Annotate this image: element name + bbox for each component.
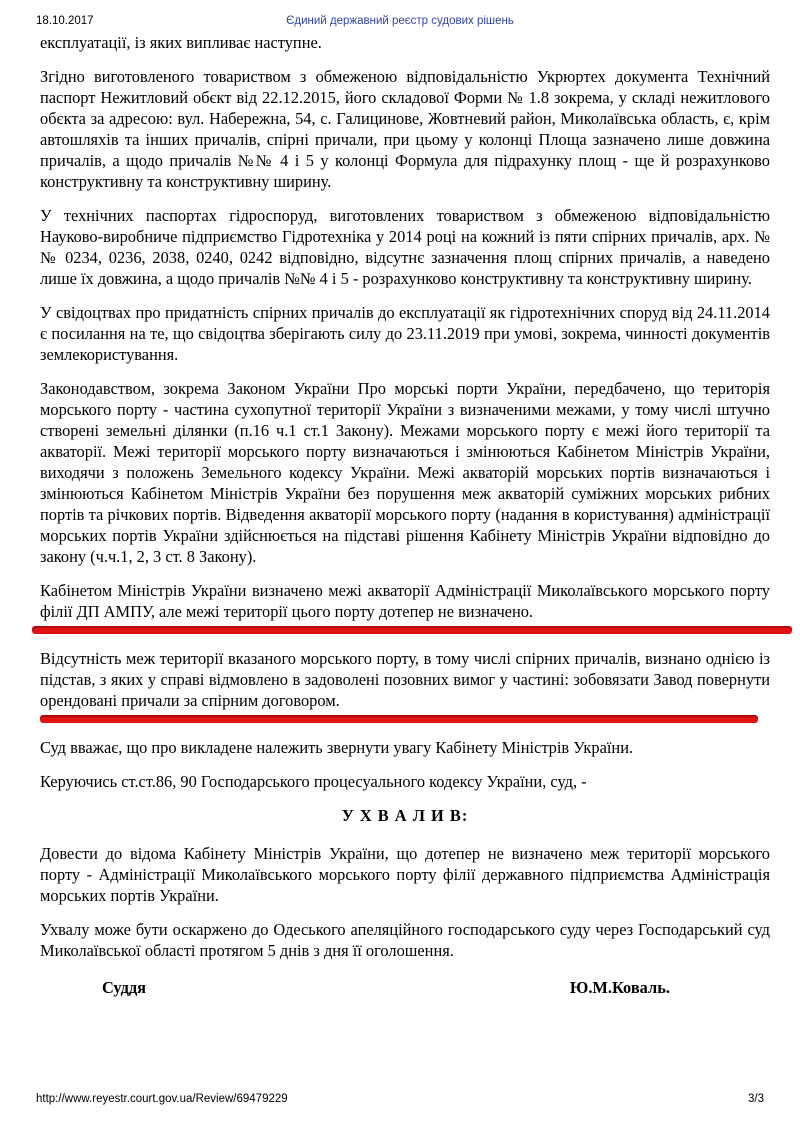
paragraph: Кабінетом Міністрів України визначено ме… (40, 580, 770, 622)
source-url: http://www.reyestr.court.gov.ua/Review/6… (36, 1092, 288, 1106)
paragraph: Довести до відома Кабінету Міністрів Укр… (40, 843, 770, 906)
printed-court-decision-page: 18.10.2017 Єдиний державний реєстр судов… (0, 0, 800, 1132)
paragraph: Ухвалу може бути оскаржено до Одеського … (40, 919, 770, 961)
red-underline-annotation (40, 715, 758, 723)
paragraph: У технічних паспортах гідроспоруд, вигот… (40, 205, 770, 289)
verdict-heading: У Х В А Л И В: (40, 805, 770, 826)
red-underline-annotation (32, 626, 792, 634)
page-number: 3/3 (748, 1092, 764, 1106)
signature-row: СуддяЮ.М.Коваль. (40, 977, 770, 998)
paragraph: Згідно виготовленого товариством з обмеж… (40, 66, 770, 192)
paragraph: Відсутність меж території вказаного морс… (40, 648, 770, 711)
judge-name: Ю.М.Коваль. (570, 977, 670, 998)
print-footer: http://www.reyestr.court.gov.ua/Review/6… (0, 1092, 800, 1106)
print-header: 18.10.2017 Єдиний державний реєстр судов… (0, 14, 800, 30)
document-body: експлуатації, із яких випливає наступне.… (40, 32, 770, 998)
paragraph: Суд вважає, що про викладене належить зв… (40, 737, 770, 758)
paragraph: Керуючись ст.ст.86, 90 Господарського пр… (40, 771, 770, 792)
paragraph: Законодавством, зокрема Законом України … (40, 378, 770, 567)
paragraph: У свідоцтвах про придатність спірних при… (40, 302, 770, 365)
registry-title: Єдиний державний реєстр судових рішень (0, 14, 800, 28)
paragraph: експлуатації, із яких випливає наступне. (40, 32, 770, 53)
judge-label: Суддя (102, 977, 146, 998)
